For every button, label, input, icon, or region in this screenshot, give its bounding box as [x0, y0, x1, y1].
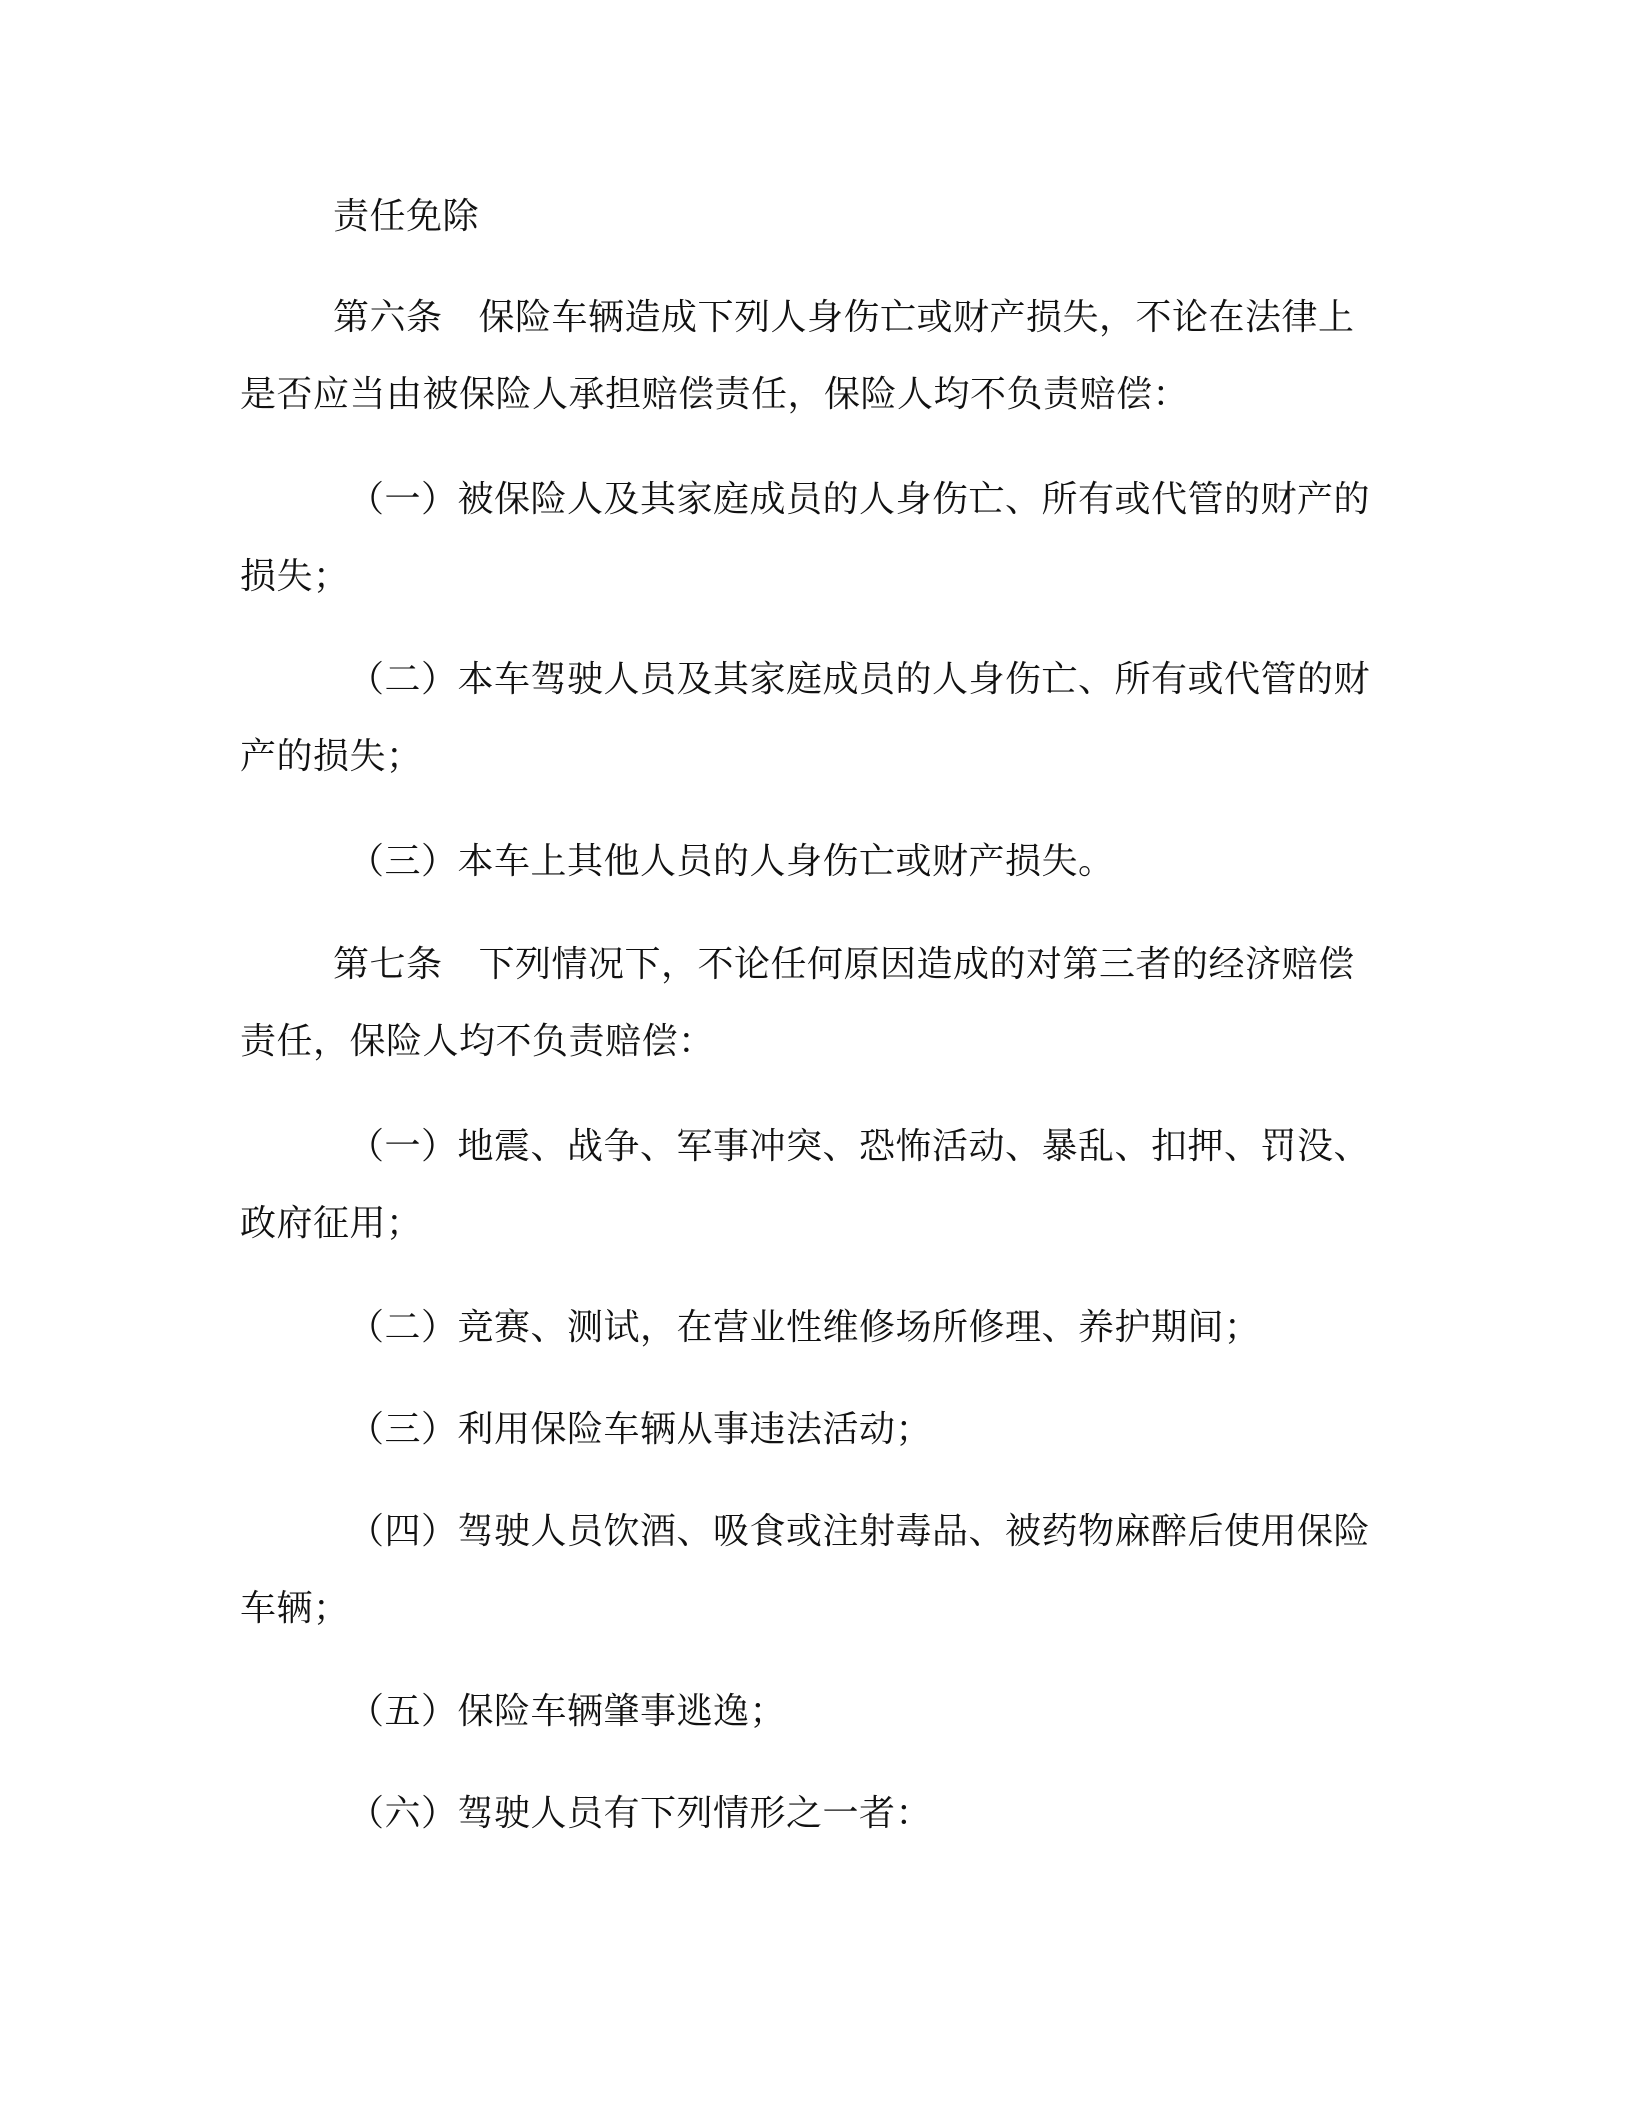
- article-7-item-2-line-1: （二）竞赛、测试，在营业性维修场所修理、养护期间；: [348, 1306, 1488, 1350]
- article-6-item-1-line-2: 损失；: [240, 555, 1380, 599]
- article-7-label: 第七条: [333, 944, 443, 985]
- article-7-intro-line-2: 责任，保险人均不负责赔偿：: [240, 1020, 1380, 1064]
- article-6-label: 第六条: [333, 297, 443, 338]
- article-6-intro-line-1: 保险车辆造成下列人身伤亡或财产损失，不论在法律上: [479, 297, 1355, 338]
- article-7-item-4-line-1: （四）驾驶人员饮酒、吸食或注射毒品、被药物麻醉后使用保险: [348, 1510, 1488, 1554]
- section-title: 责任免除: [333, 195, 1473, 239]
- article-7-first-line: 第七条下列情况下，不论任何原因造成的对第三者的经济赔偿: [333, 943, 1473, 987]
- article-6-item-2-line-2: 产的损失；: [240, 735, 1380, 779]
- article-6-item-1-line-1: （一）被保险人及其家庭成员的人身伤亡、所有或代管的财产的: [348, 478, 1488, 522]
- article-7-item-1-line-2: 政府征用；: [240, 1202, 1380, 1246]
- document-page: 责任免除 第六条保险车辆造成下列人身伤亡或财产损失，不论在法律上 是否应当由被保…: [0, 0, 1632, 2112]
- article-6-first-line: 第六条保险车辆造成下列人身伤亡或财产损失，不论在法律上: [333, 296, 1473, 340]
- article-7-item-4-line-2: 车辆；: [240, 1587, 1380, 1631]
- article-6-item-2-line-1: （二）本车驾驶人员及其家庭成员的人身伤亡、所有或代管的财: [348, 658, 1488, 702]
- article-7-item-6-line-1: （六）驾驶人员有下列情形之一者：: [348, 1792, 1488, 1836]
- article-7-item-3-line-1: （三）利用保险车辆从事违法活动；: [348, 1408, 1488, 1452]
- article-7-intro-line-1: 下列情况下，不论任何原因造成的对第三者的经济赔偿: [479, 944, 1355, 985]
- article-6-item-3-line-1: （三）本车上其他人员的人身伤亡或财产损失。: [348, 840, 1488, 884]
- article-6-intro-line-2: 是否应当由被保险人承担赔偿责任，保险人均不负责赔偿：: [240, 373, 1380, 417]
- article-7-item-5-line-1: （五）保险车辆肇事逃逸；: [348, 1690, 1488, 1734]
- article-7-item-1-line-1: （一）地震、战争、军事冲突、恐怖活动、暴乱、扣押、罚没、: [348, 1125, 1488, 1169]
